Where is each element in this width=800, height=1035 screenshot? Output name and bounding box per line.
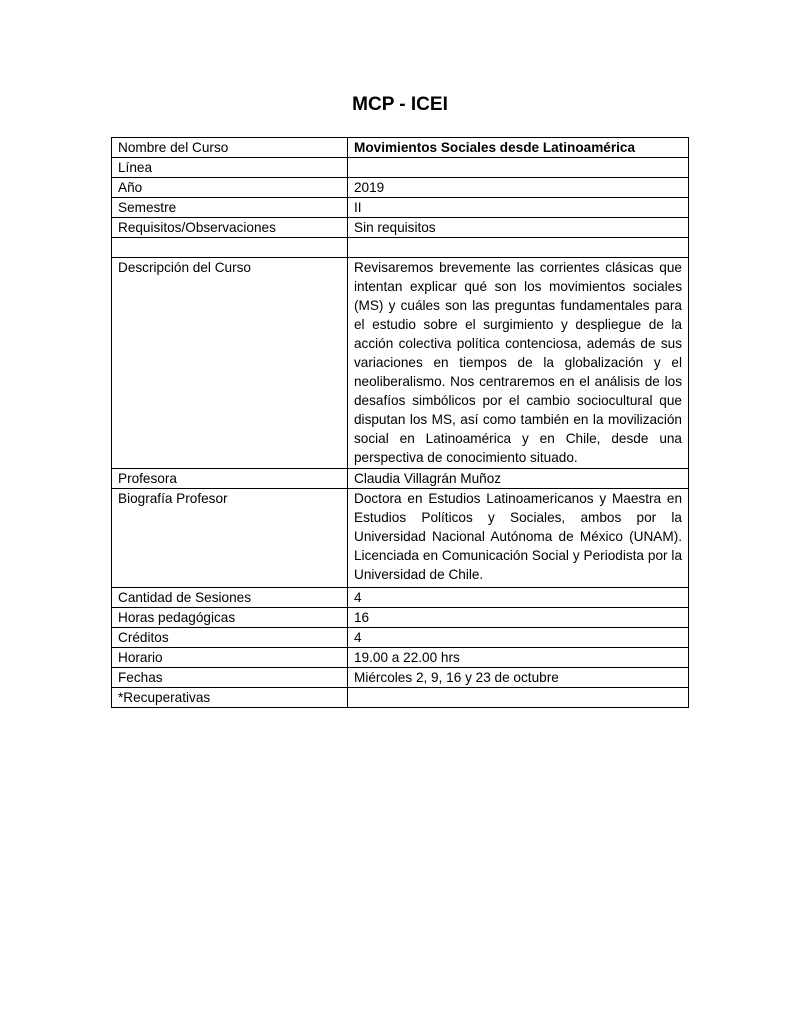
table-row-schedule: Horario 19.00 a 22.00 hrs	[112, 648, 689, 668]
hours-value: 16	[348, 608, 689, 628]
linea-value	[348, 158, 689, 178]
row-label: Descripción del Curso	[112, 258, 348, 469]
makeup-value	[348, 688, 689, 708]
table-row-empty	[112, 238, 689, 258]
row-label: Horario	[112, 648, 348, 668]
biography-value: Doctora en Estudios Latinoamericanos y M…	[348, 489, 689, 588]
course-name-value: Movimientos Sociales desde Latinoamérica	[348, 138, 689, 158]
credits-value: 4	[348, 628, 689, 648]
row-label: Línea	[112, 158, 348, 178]
row-label: Semestre	[112, 198, 348, 218]
table-row-requirements: Requisitos/Observaciones Sin requisitos	[112, 218, 689, 238]
row-label: Horas pedagógicas	[112, 608, 348, 628]
schedule-value: 19.00 a 22.00 hrs	[348, 648, 689, 668]
table-row-dates: Fechas Miércoles 2, 9, 16 y 23 de octubr…	[112, 668, 689, 688]
row-label: Biografía Profesor	[112, 489, 348, 588]
sessions-value: 4	[348, 588, 689, 608]
table-row-course-name: Nombre del Curso Movimientos Sociales de…	[112, 138, 689, 158]
row-label: Año	[112, 178, 348, 198]
year-value: 2019	[348, 178, 689, 198]
table-row-makeup: *Recuperativas	[112, 688, 689, 708]
semester-value: II	[348, 198, 689, 218]
table-row-sessions: Cantidad de Sesiones 4	[112, 588, 689, 608]
empty-value	[348, 238, 689, 258]
row-label: Fechas	[112, 668, 348, 688]
document-title: MCP - ICEI	[0, 94, 800, 116]
description-value: Revisaremos brevemente las corrientes cl…	[348, 258, 689, 469]
table-row-credits: Créditos 4	[112, 628, 689, 648]
row-label: Nombre del Curso	[112, 138, 348, 158]
course-info-table: Nombre del Curso Movimientos Sociales de…	[111, 137, 689, 708]
table-row-professor: Profesora Claudia Villagrán Muñoz	[112, 469, 689, 489]
row-label: *Recuperativas	[112, 688, 348, 708]
professor-value: Claudia Villagrán Muñoz	[348, 469, 689, 489]
dates-value: Miércoles 2, 9, 16 y 23 de octubre	[348, 668, 689, 688]
row-label	[112, 238, 348, 258]
row-label: Créditos	[112, 628, 348, 648]
table-row-hours: Horas pedagógicas 16	[112, 608, 689, 628]
row-label: Profesora	[112, 469, 348, 489]
table-row-linea: Línea	[112, 158, 689, 178]
row-label: Cantidad de Sesiones	[112, 588, 348, 608]
row-label: Requisitos/Observaciones	[112, 218, 348, 238]
requirements-value: Sin requisitos	[348, 218, 689, 238]
table-row-biography: Biografía Profesor Doctora en Estudios L…	[112, 489, 689, 588]
table-row-description: Descripción del Curso Revisaremos brevem…	[112, 258, 689, 469]
table-row-year: Año 2019	[112, 178, 689, 198]
table-row-semester: Semestre II	[112, 198, 689, 218]
